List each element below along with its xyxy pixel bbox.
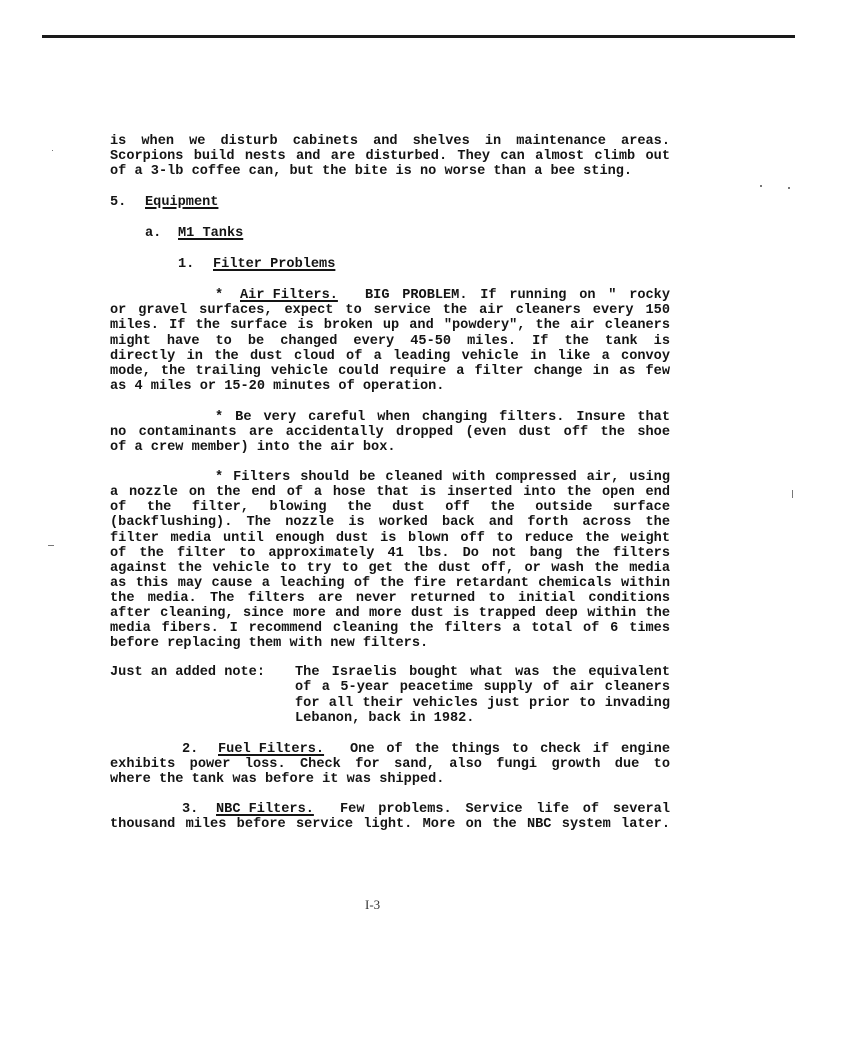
fuel-filters-line-2: exhibits power loss. Check for sand, als… bbox=[110, 757, 670, 772]
air-filters-line-6: mode, the trailing vehicle could require… bbox=[110, 364, 670, 379]
nbc-filters-heading: NBC Filters. bbox=[216, 802, 314, 817]
note-label: Just an added note: bbox=[110, 665, 265, 680]
air-filters-line-3: miles. If the surface is broken up and "… bbox=[110, 318, 670, 333]
scan-speck bbox=[792, 490, 793, 498]
subsection-a-title: M1 Tanks bbox=[178, 226, 243, 241]
cleaning-line-1: * Filters should be cleaned with compres… bbox=[215, 470, 670, 485]
subsection-a-letter: a. bbox=[145, 226, 161, 241]
air-filters-line-7: as 4 miles or 15-20 minutes of operation… bbox=[110, 379, 444, 394]
item-1-title: Filter Problems bbox=[213, 257, 335, 272]
cleaning-line-10: after cleaning, since more and more dust… bbox=[110, 606, 670, 621]
cleaning-line-4: (backflushing). The nozzle is worked bac… bbox=[110, 515, 670, 530]
cleaning-line-7: against the vehicle to try to get the du… bbox=[110, 561, 670, 576]
careful-line-2: no contaminants are accidentally dropped… bbox=[110, 425, 670, 440]
scan-speck bbox=[52, 150, 53, 151]
careful-line-1: * Be very careful when changing filters.… bbox=[215, 410, 670, 425]
air-filters-heading: Air Filters. bbox=[240, 288, 338, 303]
cleaning-line-9: the media. The filters are never returne… bbox=[110, 591, 670, 606]
scan-speck bbox=[48, 545, 54, 546]
page-number: I-3 bbox=[365, 897, 380, 913]
note-line-1: The Israelis bought what was the equival… bbox=[295, 665, 670, 680]
note-line-4: Lebanon, back in 1982. bbox=[295, 711, 474, 726]
cleaning-line-6: of the filter to approximately 41 lbs. D… bbox=[110, 546, 670, 561]
fuel-filters-line-3: where the tank was before it was shipped… bbox=[110, 772, 444, 787]
note-line-3: for all their vehicles just prior to inv… bbox=[295, 696, 670, 711]
air-filters-line-4: might have to be changed every 45-50 mil… bbox=[110, 334, 670, 349]
cleaning-line-11: media fibers. I recommend cleaning the f… bbox=[110, 621, 670, 636]
item-1-number: 1. bbox=[178, 257, 194, 272]
intro-line-3: of a 3-lb coffee can, but the bite is no… bbox=[110, 164, 632, 179]
air-filters-bullet: * bbox=[215, 288, 223, 303]
cleaning-line-8: as this may cause a leaching of the fire… bbox=[110, 576, 670, 591]
air-filters-line-5: directly in the dust cloud of a leading … bbox=[110, 349, 670, 364]
fuel-filters-line-1-rest: One of the things to check if engine bbox=[350, 742, 670, 757]
fuel-filters-heading: Fuel Filters. bbox=[218, 742, 324, 757]
nbc-filters-number: 3. bbox=[182, 802, 198, 817]
air-filters-line-2: or gravel surfaces, expect to service th… bbox=[110, 303, 670, 318]
scan-speck bbox=[760, 185, 762, 187]
nbc-filters-line-2: thousand miles before service light. Mor… bbox=[110, 817, 670, 832]
fuel-filters-number: 2. bbox=[182, 742, 198, 757]
document-page: is when we disturb cabinets and shelves … bbox=[0, 0, 850, 1054]
cleaning-line-3: of the filter, blowing the dust off the … bbox=[110, 500, 670, 515]
intro-line-1: is when we disturb cabinets and shelves … bbox=[110, 134, 670, 149]
cleaning-line-2: a nozzle on the end of a hose that is in… bbox=[110, 485, 670, 500]
cleaning-line-5: filter media until enough dust is blown … bbox=[110, 531, 670, 546]
note-line-2: of a 5-year peacetime supply of air clea… bbox=[295, 680, 670, 695]
careful-line-3: of a crew member) into the air box. bbox=[110, 440, 396, 455]
air-filters-line-1-rest: BIG PROBLEM. If running on " rocky bbox=[365, 288, 670, 303]
section-5-title: Equipment bbox=[145, 195, 218, 210]
nbc-filters-line-1-rest: Few problems. Service life of several bbox=[340, 802, 670, 817]
scan-speck bbox=[788, 187, 790, 189]
section-5-number: 5. bbox=[110, 195, 126, 210]
cleaning-line-12: before replacing them with new filters. bbox=[110, 636, 428, 651]
intro-line-2: Scorpions build nests and are disturbed.… bbox=[110, 149, 670, 164]
